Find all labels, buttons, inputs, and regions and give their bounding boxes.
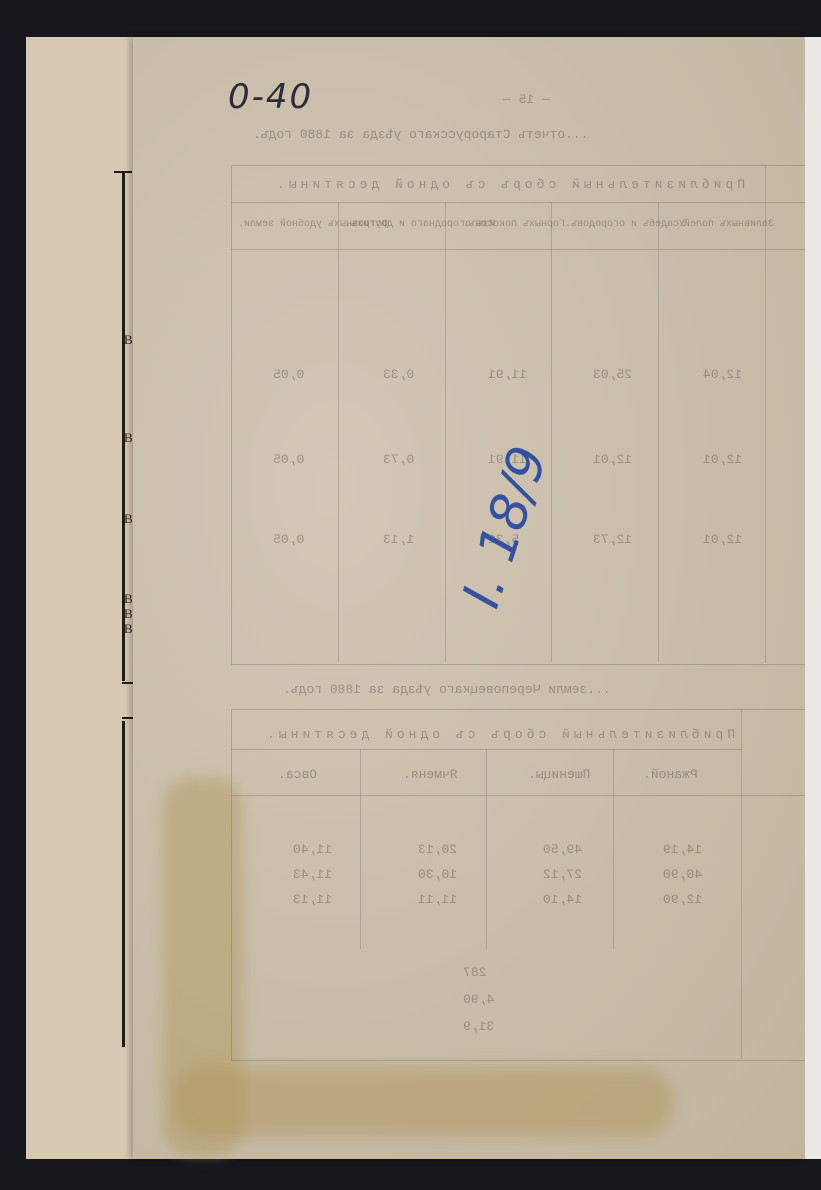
cell: 27,12 — [543, 867, 582, 882]
water-stain — [173, 1067, 673, 1137]
handwritten-note-top: 0-40 — [228, 77, 313, 117]
strip-letter: B — [124, 591, 133, 607]
cell: 11,13 — [293, 892, 332, 907]
table-rule — [338, 202, 339, 662]
cell: 20,13 — [418, 842, 457, 857]
page-marker: — 15 — — [503, 92, 550, 107]
page-edge — [805, 37, 821, 1159]
strip-letter: B — [124, 621, 133, 637]
cell: 11,91 — [488, 367, 527, 382]
cell: 10,30 — [418, 867, 457, 882]
lower-table — [231, 709, 807, 1061]
strip-letter: B — [124, 430, 133, 446]
cell: 11,11 — [418, 892, 457, 907]
table-rule — [741, 709, 742, 1059]
col-header: Пшеницы. — [528, 767, 590, 782]
lower-table-header: Приблизительный сборъ съ одной десятины. — [263, 727, 735, 742]
cell: 12,01 — [703, 532, 742, 547]
table-rule — [445, 202, 446, 662]
strip-letter: B — [124, 332, 133, 348]
cell: 11,40 — [293, 842, 332, 857]
table-rule — [231, 795, 805, 796]
table-rule — [551, 202, 552, 662]
table-rule — [231, 202, 805, 203]
strip-letter: B — [124, 606, 133, 622]
strip-letter: B — [124, 511, 133, 527]
table-rule — [486, 749, 487, 949]
vertical-rule — [122, 721, 125, 1047]
table-rule — [360, 749, 361, 949]
scanned-page: — 15 — ...отчетъ Старорусскаго уѣзда за … — [133, 37, 805, 1159]
cell: 25,03 — [593, 367, 632, 382]
cell: 12,01 — [703, 452, 742, 467]
table-rule — [231, 249, 805, 250]
cell: 14,19 — [663, 842, 702, 857]
cell: 12,90 — [663, 892, 702, 907]
col-header: Заливныхъ полей. — [678, 219, 774, 230]
cell: 0,05 — [273, 452, 304, 467]
col-header: Горныхъ покосовъ. — [463, 219, 565, 230]
total-cell: 287 — [463, 965, 486, 980]
cell: 40,90 — [663, 867, 702, 882]
col-header: Усадебъ и огородовъ. — [565, 219, 685, 230]
total-cell: 31,9 — [463, 1019, 494, 1034]
cell: 0,05 — [273, 532, 304, 547]
cell: 12,01 — [593, 452, 632, 467]
cell: 14,10 — [543, 892, 582, 907]
cell: 12,73 — [593, 532, 632, 547]
table-rule — [613, 749, 614, 949]
cell: 0,33 — [383, 367, 414, 382]
cell: 0,73 — [383, 452, 414, 467]
col-header: Ячменя. — [403, 767, 458, 782]
upper-title: ...отчетъ Старорусскаго уѣзда за 1880 го… — [253, 127, 588, 142]
upper-table-header: Приблизительный сборъ съ одной десятины. — [273, 177, 745, 192]
col-header: Ржаной. — [643, 767, 698, 782]
table-rule — [765, 165, 766, 663]
cell: 12,04 — [703, 367, 742, 382]
lower-title: ...земли Череповецкаго уѣзда за 1880 год… — [283, 682, 611, 697]
cell: 49,50 — [543, 842, 582, 857]
total-cell: 4,90 — [463, 992, 494, 1007]
col-header: Овса. — [278, 767, 317, 782]
cell: 11,43 — [293, 867, 332, 882]
upper-table — [231, 165, 807, 665]
cell: 0,05 — [273, 367, 304, 382]
cell: 1,13 — [383, 532, 414, 547]
table-rule — [658, 202, 659, 662]
